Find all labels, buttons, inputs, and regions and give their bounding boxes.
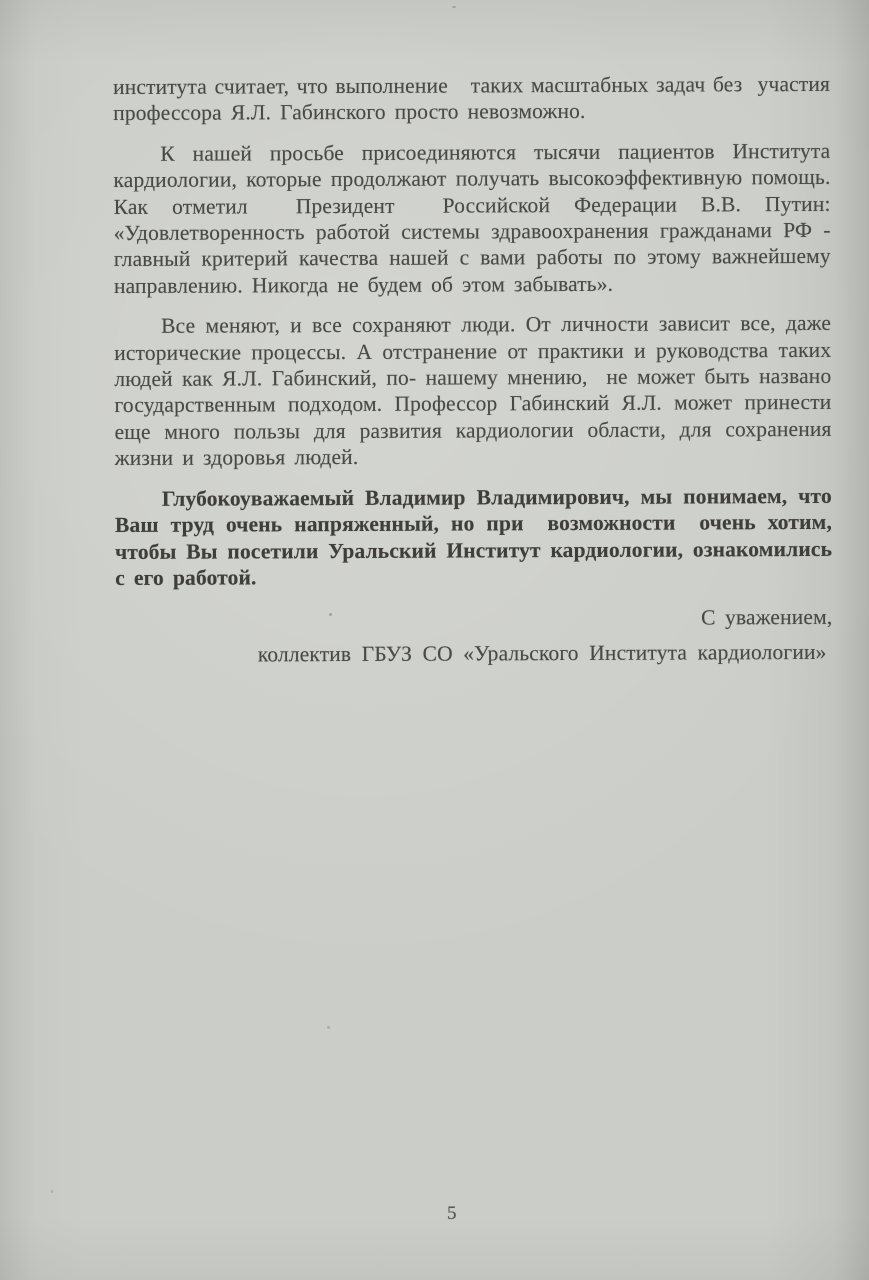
paper-speck (327, 1026, 330, 1029)
paragraph: института считает, что выполнение таких … (113, 71, 830, 127)
paper-speck (452, 6, 456, 8)
closing-block: С уважением, коллектив ГБУЗ СО «Уральско… (115, 604, 832, 668)
paragraph: Все меняют, и все сохраняют люди. От лич… (114, 310, 832, 472)
text-line: Глубокоуважаемый Владимир Владимирович, … (115, 483, 832, 513)
text-line: жизни и здоровья людей. (115, 442, 832, 472)
text-line: исторические процессы. А отстранение от … (114, 337, 831, 367)
text-line: Ваш труд очень напряженный, но при возмо… (115, 509, 832, 539)
closing-signature: коллектив ГБУЗ СО «Уральского Института … (115, 639, 832, 669)
text-line: людей как Я.Л. Габинский, по- нашему мне… (114, 363, 831, 393)
text-line: чтобы Вы посетили Уральский Институт кар… (115, 535, 832, 565)
page-number: 5 (447, 1203, 457, 1225)
text-line: государственным подходом. Профессор Габи… (114, 389, 831, 419)
text-line: главный критерий качества нашей с вами р… (114, 243, 831, 273)
text-line: с его работой. (115, 562, 832, 592)
paper-speck (51, 1190, 53, 1193)
text-line: Как отметил Президент Российской Федерац… (114, 190, 831, 220)
paragraph: Глубокоуважаемый Владимир Владимирович, … (115, 483, 832, 592)
text-line: «Удовлетворенность работой системы здрав… (114, 217, 831, 247)
closing-regards: С уважением, (115, 604, 832, 634)
text-line: направлению. Никогда не будем об этом за… (114, 270, 831, 300)
text-line: кардиологии, которые продолжают получать… (113, 164, 830, 194)
paragraph: К нашей просьбе присоединяются тысячи па… (113, 138, 831, 300)
text-line: института считает, что выполнение таких … (113, 71, 830, 101)
text-line: Все меняют, и все сохраняют люди. От лич… (114, 310, 831, 340)
scanned-letter-page: института считает, что выполнение таких … (0, 0, 869, 1280)
text-line: К нашей просьбе присоединяются тысячи па… (113, 138, 830, 168)
paper-speck (329, 613, 332, 616)
text-line: еще много пользы для развития кардиологи… (115, 416, 832, 446)
text-line: профессора Я.Л. Габинского просто невозм… (113, 97, 830, 127)
letter-body: института считает, что выполнение таких … (113, 71, 833, 668)
